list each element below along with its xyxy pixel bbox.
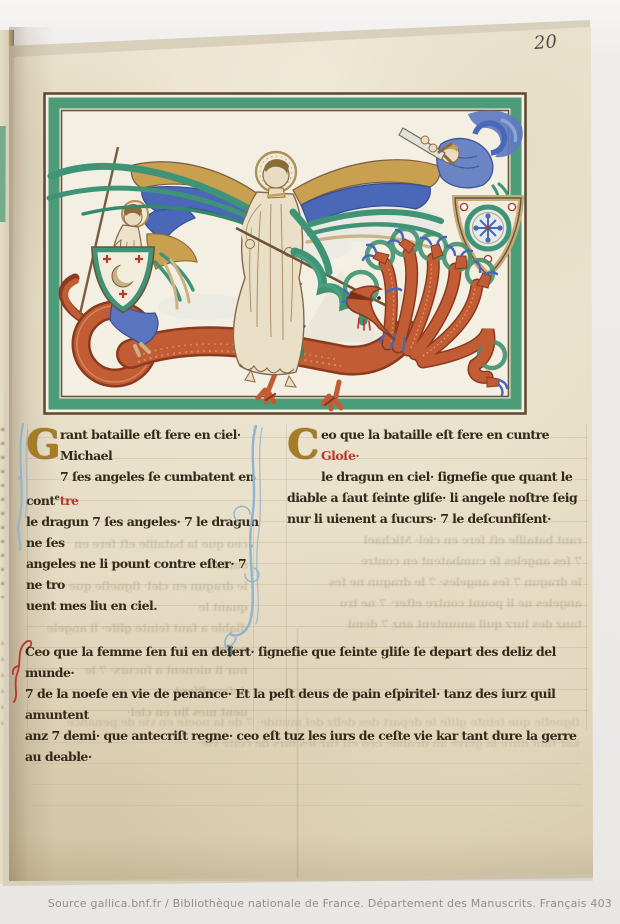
- crescent-emblem: [117, 263, 137, 283]
- pen-flourish-blue: [10, 418, 300, 658]
- ms-line: le dragun en ciel· ſignefie que quant le: [287, 466, 587, 487]
- ms-line: eo que la bataille eſt fere en cuntre Gl…: [287, 424, 587, 466]
- ms-line: Ceo que la femme ſen fui en deſert· ſign…: [25, 641, 591, 683]
- page-edge-shade: [9, 836, 593, 881]
- ms-line: 7 de la noeſe en vie de penance· Et la p…: [25, 683, 591, 725]
- ms-line: nur li uienent a ſucurs· 7 le deſcunfiſe…: [287, 508, 587, 529]
- facing-page-frame-fragment: [0, 126, 6, 222]
- miniature-svg: [43, 92, 527, 416]
- bleedthrough-right: rant bataille eſt fere en ciel· Michael7…: [292, 530, 582, 635]
- manuscript-scan: 20: [0, 0, 620, 924]
- ms-line: anz 7 demi· que antecriſt regne· ceo eſt…: [25, 725, 591, 767]
- miniature-illustration: [43, 92, 527, 416]
- rubric-glose: Gloſe·: [321, 448, 359, 463]
- ms-line: diable a ſaut ſeinte gliſe· li angele no…: [287, 487, 587, 508]
- source-attribution: Source gallica.bnf.fr / Bibliothèque nat…: [0, 895, 612, 913]
- bottom-paragraph: Ceo que la femme ſen fui en deſert· ſign…: [25, 641, 591, 767]
- text-column-right: C eo que la bataille eſt fere en cuntre …: [287, 424, 587, 529]
